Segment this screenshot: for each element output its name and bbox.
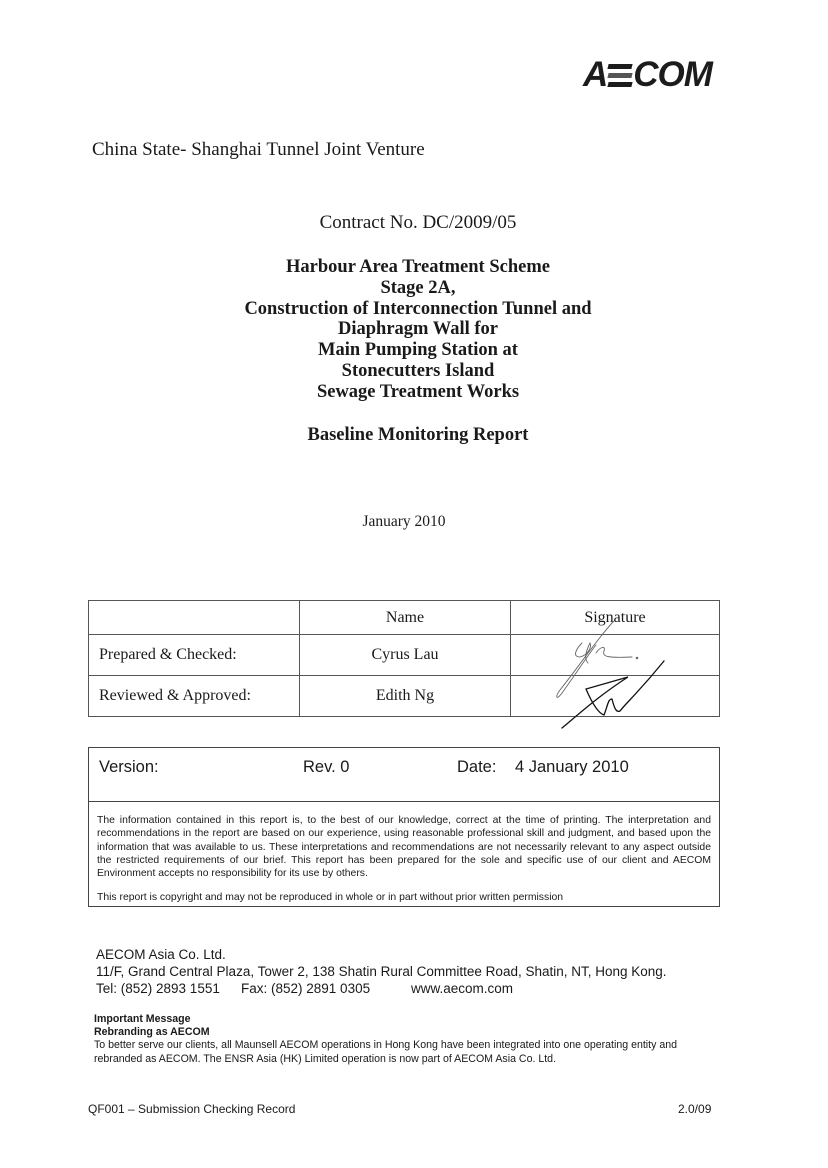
role-cell: Reviewed & Approved: <box>89 676 300 717</box>
company-name: AECOM Asia Co. Ltd. <box>96 946 667 963</box>
notice-heading: Important Message <box>94 1013 724 1026</box>
footer-form-id: QF001 – Submission Checking Record <box>88 1102 295 1116</box>
version-row: Version: Rev. 0 Date: 4 January 2010 <box>89 748 719 802</box>
important-notice: Important Message Rebranding as AECOM To… <box>94 1013 724 1066</box>
header-cell-signature: Signature <box>511 601 720 635</box>
contract-number: Contract No. DC/2009/05 <box>0 212 828 234</box>
name-cell: Cyrus Lau <box>300 635 511 676</box>
table-row: Reviewed & Approved: Edith Ng <box>89 676 720 717</box>
logo-e-bars-icon <box>608 62 632 88</box>
title-line: Stonecutters Island <box>0 361 828 382</box>
contact-line: Tel: (852) 2893 1551Fax: (852) 2891 0305… <box>96 980 667 997</box>
notice-subheading: Rebranding as AECOM <box>94 1026 724 1039</box>
title-line: Construction of Interconnection Tunnel a… <box>0 299 828 320</box>
disclaimer-text: The information contained in this report… <box>97 814 711 880</box>
website-link[interactable]: www.aecom.com <box>411 980 513 997</box>
title-line: Sewage Treatment Works <box>0 382 828 403</box>
signature-cell <box>511 635 720 676</box>
fax-number: Fax: (852) 2891 0305 <box>241 980 411 997</box>
version-label: Version: <box>99 758 159 777</box>
title-line: Harbour Area Treatment Scheme <box>0 257 828 278</box>
report-title: Harbour Area Treatment Scheme Stage 2A, … <box>0 257 828 403</box>
version-value: Rev. 0 <box>303 758 349 777</box>
header-cell-role <box>89 601 300 635</box>
notice-body: To better serve our clients, all Maunsel… <box>94 1039 724 1065</box>
header-cell-name: Name <box>300 601 511 635</box>
version-box: Version: Rev. 0 Date: 4 January 2010 The… <box>88 747 720 907</box>
role-cell: Prepared & Checked: <box>89 635 300 676</box>
footer-form-version: 2.0/09 <box>678 1102 711 1116</box>
date-value: 4 January 2010 <box>515 758 629 777</box>
title-line: Main Pumping Station at <box>0 340 828 361</box>
title-line: Stage 2A, <box>0 278 828 299</box>
company-address: AECOM Asia Co. Ltd. 11/F, Grand Central … <box>96 946 667 997</box>
address-line: 11/F, Grand Central Plaza, Tower 2, 138 … <box>96 963 667 980</box>
issue-date: January 2010 <box>0 513 808 531</box>
title-line: Diaphragm Wall for <box>0 319 828 340</box>
copyright-notice: This report is copyright and may not be … <box>97 892 563 903</box>
report-type: Baseline Monitoring Report <box>0 425 828 446</box>
date-label: Date: <box>457 758 496 777</box>
table-row: Prepared & Checked: Cyrus Lau <box>89 635 720 676</box>
signature-cell <box>511 676 720 717</box>
tel-number: Tel: (852) 2893 1551 <box>96 980 241 997</box>
client-name: China State- Shanghai Tunnel Joint Ventu… <box>92 139 425 161</box>
name-cell: Edith Ng <box>300 676 511 717</box>
aecom-logo: ACOM <box>583 57 718 93</box>
signoff-table: Name Signature Prepared & Checked: Cyrus… <box>88 600 720 717</box>
table-header-row: Name Signature <box>89 601 720 635</box>
